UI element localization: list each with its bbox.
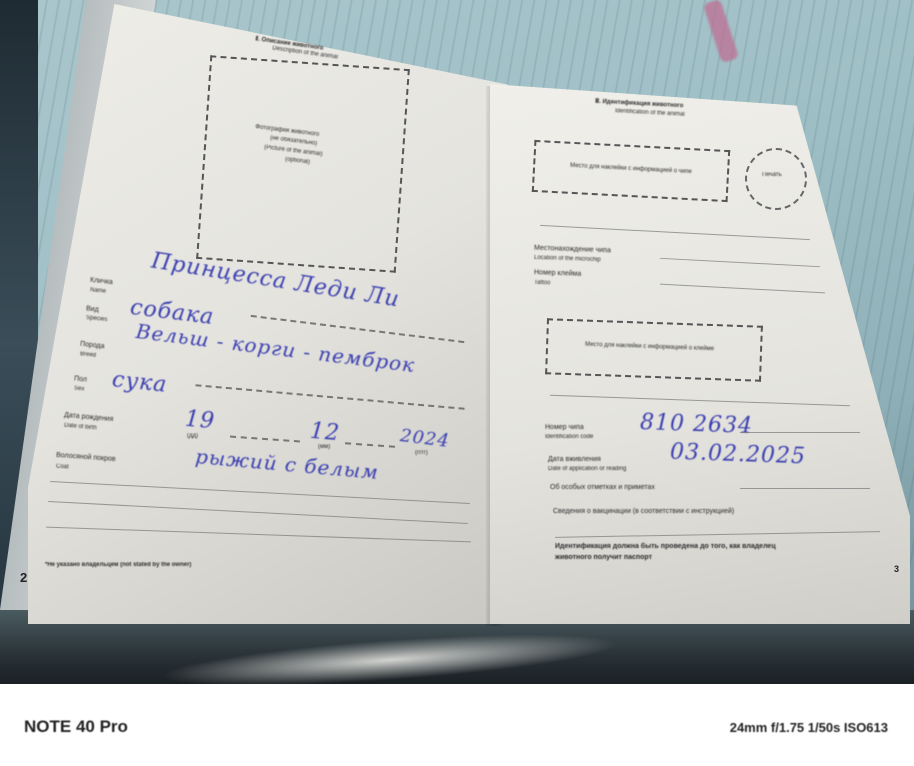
left-page-number: 2 [20,570,27,585]
right-rule-6 [740,488,870,489]
species-label-ru: Вид [86,305,99,313]
dob-month: 12 [309,419,341,447]
dob-day: 19 [184,407,216,435]
note-3: Идентификация должна быть проведена до т… [555,543,776,550]
chip-number-label: Номер чипа [545,424,584,431]
device-name: NOTE 40 Pro [24,717,128,737]
exif-info: 24mm f/1.75 1/50s ISO613 [730,720,888,735]
dob-month-sub: (мм) [318,444,330,450]
camera-watermark-bar: NOTE 40 Pro 24mm f/1.75 1/50s ISO613 [0,684,914,766]
dob-day-sub: (дд) [187,433,198,439]
chip-date-sublabel: Date of application or reading [548,466,626,472]
right-field-sublabel-1: Tattoo [534,280,551,287]
left-footnote: *Не указано владельцем (not stated by th… [45,562,191,568]
chip-number-sublabel: Identification code [545,434,593,440]
note-1: Об особых отметках и приметах [550,484,655,491]
chip-date-value: 03.02.2025 [670,440,807,470]
sex-label-en: Sex [74,385,85,392]
stamp-label: Печать [762,172,782,178]
right-rule-5 [740,432,860,433]
photo: Ⅱ. Описание животного Description of the… [0,0,914,684]
stamp-circle [745,148,807,210]
dob-year-sub: (гггг) [415,450,428,456]
note-4: животного получит паспорт [555,554,652,561]
note-2: Сведения о вакцинации (в соответствии с … [553,508,734,515]
chip-number-value: 810 2634 [640,410,754,439]
chip-date-label: Дата вживления [548,456,601,463]
sex-label-ru: Пол [74,375,88,383]
right-page-number: 3 [894,564,899,574]
coat-label-en: Coat [56,464,69,471]
